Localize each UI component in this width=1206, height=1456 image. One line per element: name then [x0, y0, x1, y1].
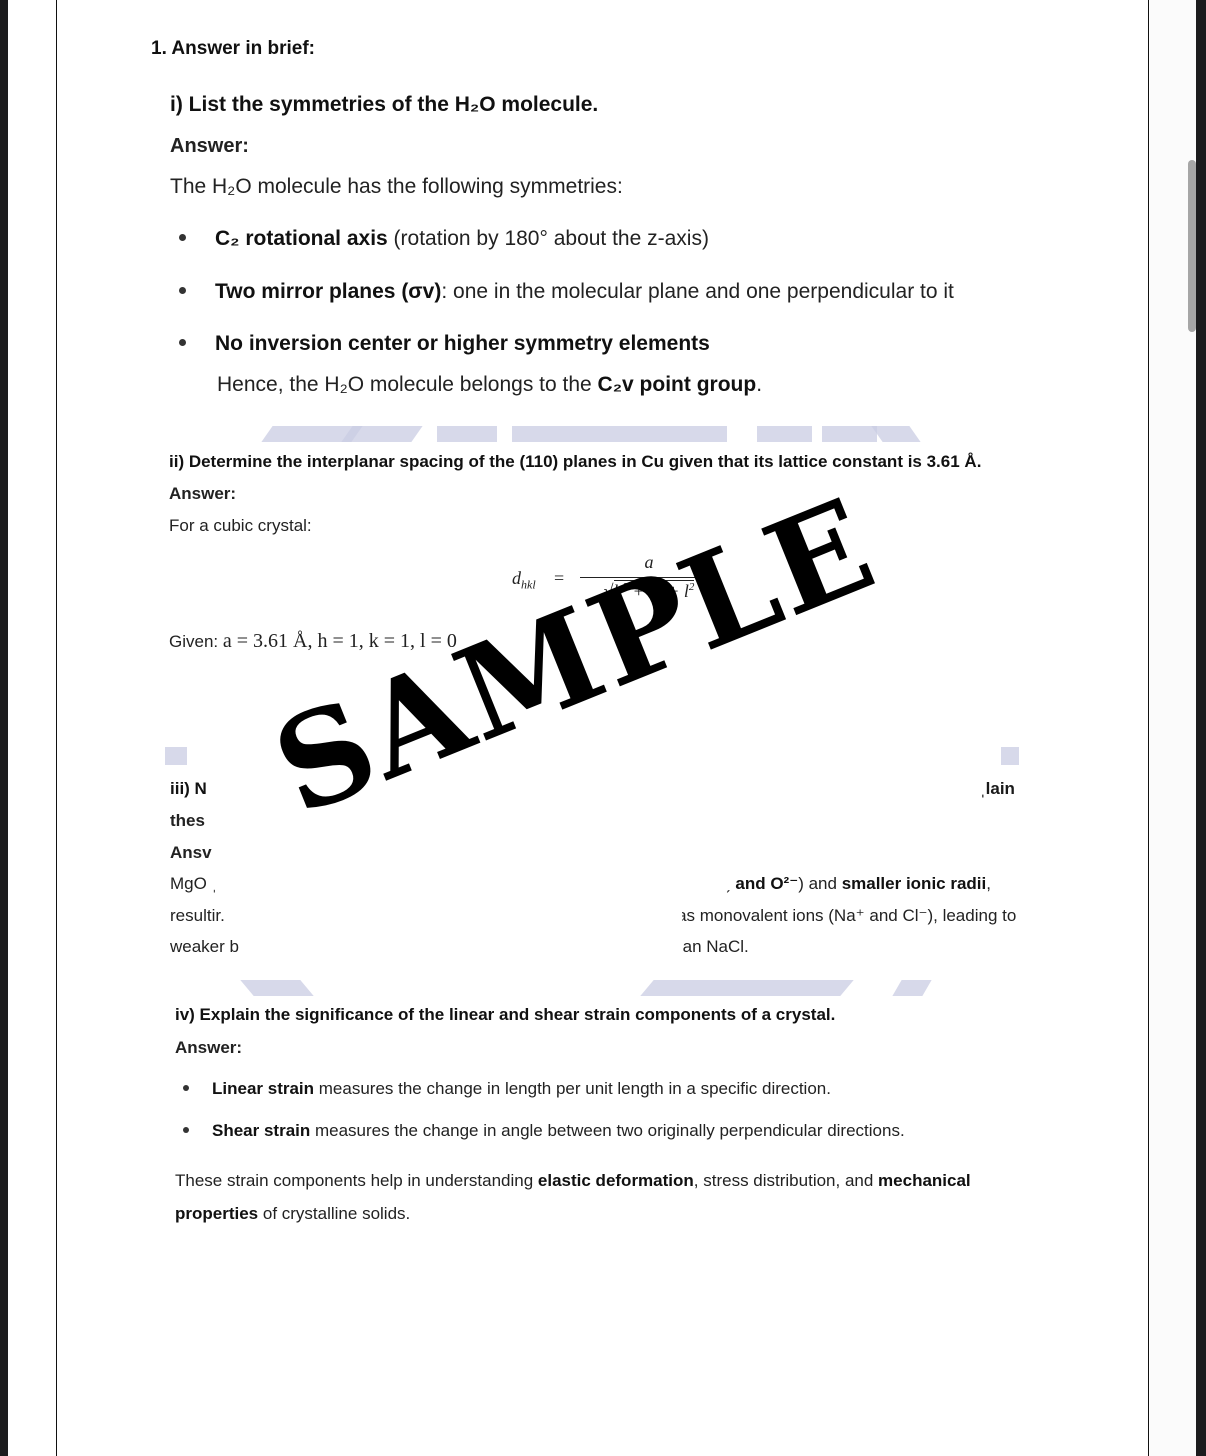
answer-line-right: ˏ and O²⁻) and smaller ionic radii, [725, 874, 991, 894]
bullet-bold: No inversion center or higher symmetry e… [215, 332, 710, 355]
watermark-band [1001, 747, 1019, 765]
formula-subscript: hkl [521, 578, 536, 592]
question-3-line2-fragment: thes [170, 811, 205, 831]
bullet-icon [183, 1127, 189, 1133]
bullet-bold: C₂ rotational axis [215, 227, 388, 250]
text-fragment: , stress distribution, and [694, 1171, 878, 1190]
answer-line-fragment: weaker b [170, 937, 239, 957]
watermark-band [640, 980, 853, 996]
bold-fragment: and O²⁻ [735, 874, 798, 893]
watermark-band [871, 426, 920, 442]
question-4-summary-line2: properties of crystalline solids. [175, 1204, 410, 1224]
question-3-answer-label-fragment: Ansv [170, 843, 212, 863]
question-1-prompt: i) List the symmetries of the H₂O molecu… [170, 93, 598, 117]
viewer-edge-left [0, 0, 8, 1456]
text-fragment: , [986, 874, 991, 893]
watermark-band [892, 980, 931, 996]
answer-line-fragment: MgO ˌ [170, 874, 217, 894]
question-1-answer-label: Answer: [170, 135, 249, 158]
question-1-conclusion: Hence, the H₂O molecule belongs to the C… [217, 373, 762, 397]
bullet-bold: Shear strain [212, 1121, 310, 1140]
text-fragment: of crystalline solids. [258, 1204, 410, 1223]
bold-fragment: properties [175, 1204, 258, 1223]
bullet-icon [179, 339, 186, 346]
watermark-band [822, 426, 877, 442]
conclusion-end: . [756, 373, 762, 396]
list-item: No inversion center or higher symmetry e… [179, 332, 710, 356]
bullet-text: measures the change in length per unit l… [314, 1079, 831, 1098]
watermark-band [341, 426, 422, 442]
bullet-icon [179, 234, 186, 241]
bullet-bold: Linear strain [212, 1079, 314, 1098]
bold-fragment: smaller ionic radii [842, 874, 987, 893]
answer-line-fragment: resultir. [170, 906, 225, 926]
question-2-prompt: ii) Determine the interplanar spacing of… [169, 452, 981, 472]
bold-fragment: elastic deformation [538, 1171, 694, 1190]
question-1-intro: The H₂O molecule has the following symme… [170, 175, 623, 199]
bullet-text: measures the change in angle between two… [310, 1121, 904, 1140]
section-heading: 1. Answer in brief: [151, 38, 315, 60]
bold-fragment: mechanical [878, 1171, 971, 1190]
conclusion-bold: C₂v point group [598, 373, 757, 396]
formula-lhs: dhkl [512, 568, 536, 593]
question-4-answer-label: Answer: [175, 1038, 242, 1058]
question-2-answer-label: Answer: [169, 484, 236, 504]
text-fragment: ˏ [725, 874, 735, 893]
question-3-prompt-fragment-right: ˌlain [980, 779, 1015, 799]
bullet-icon [183, 1085, 189, 1091]
question-4-summary-line1: These strain components help in understa… [175, 1171, 971, 1191]
given-label: Given: [169, 632, 223, 651]
question-4-prompt: iv) Explain the significance of the line… [175, 1005, 835, 1025]
list-item: Shear strain measures the change in angl… [183, 1121, 905, 1141]
page-border-right [1148, 0, 1149, 1456]
watermark-band [757, 426, 812, 442]
watermark-band [437, 426, 497, 442]
viewer-edge-right [1196, 0, 1206, 1456]
question-3-prompt-fragment: iii) N [170, 779, 207, 799]
conclusion-text: Hence, the H₂O molecule belongs to the [217, 373, 598, 396]
bullet-text: (rotation by 180° about the z-axis) [388, 227, 709, 250]
list-item: Linear strain measures the change in len… [183, 1079, 831, 1099]
watermark-band [512, 426, 727, 442]
formula-d: d [512, 568, 521, 588]
list-item: C₂ rotational axis (rotation by 180° abo… [179, 227, 709, 251]
text-fragment: ) and [798, 874, 841, 893]
watermark-band [240, 980, 313, 996]
question-2-intro: For a cubic crystal: [169, 516, 312, 536]
text-fragment: These strain components help in understa… [175, 1171, 538, 1190]
scrollbar-thumb[interactable] [1188, 160, 1196, 332]
list-item: Two mirror planes (σv): one in the molec… [179, 280, 954, 304]
bullet-text: : one in the molecular plane and one per… [441, 280, 954, 303]
document-page: 1. Answer in brief: i) List the symmetri… [57, 0, 1148, 1456]
bullet-icon [179, 287, 186, 294]
bullet-bold: Two mirror planes (σv) [215, 280, 441, 303]
watermark-band [165, 747, 187, 765]
